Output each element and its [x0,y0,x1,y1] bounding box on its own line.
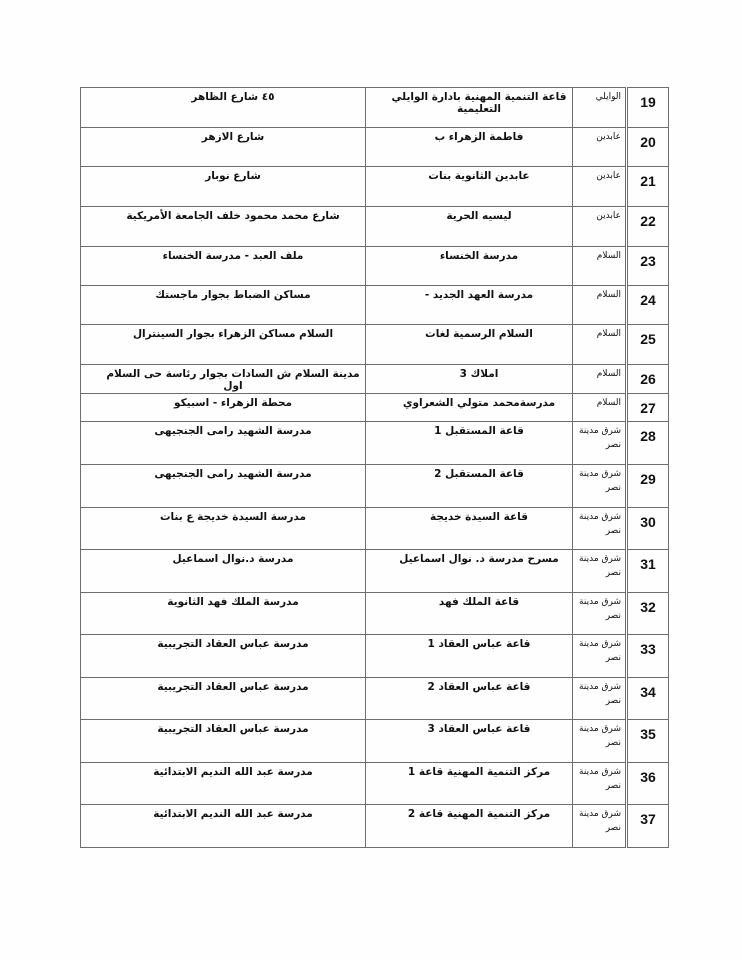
venue-text: مركز التنمية المهنية قاعة 2 [388,808,550,820]
venue-text: قاعة المستقبل 2 [414,468,524,480]
district-cell: شرق مدينة نصر [573,763,627,805]
table-row: 25 السلام السلام الرسمية لغات السلام مسا… [81,325,669,365]
address-cell: مدرسة عبد الله النديم الابتدائية [81,763,366,805]
address-cell: شارع نوبار [81,167,366,207]
row-number-cell: 31 [627,550,669,593]
address-cell: مدرسة عباس العقاد التجريبية [81,720,366,763]
district-cell: شرق مدينة نصر [573,720,627,763]
address-cell: شارع محمد محمود خلف الجامعة الأمريكية [81,207,366,247]
venue-cell: قاعة التنمية المهنية بادارة الوايلي التع… [366,88,573,128]
address-text: مدرسة الشهيد رامى الجنجيهى [134,468,311,480]
table-row: 30 شرق مدينة نصر قاعة السيدة خديجة مدرسة… [81,508,669,550]
address-cell: السلام مساكن الزهراء بجوار السينترال [81,325,366,365]
table-row: 27 السلام مدرسةمحمد متولي الشعراوي محطة … [81,394,669,422]
address-cell: مدرسة عبد الله النديم الابتدائية [81,805,366,848]
venue-text: مدرسة الخنساء [420,250,518,262]
venue-cell: مركز التنمية المهنية قاعة 1 [366,763,573,805]
venue-cell: مدرسة الخنساء [366,247,573,286]
address-text: مدرسة عباس العقاد التجريبية [137,638,308,650]
district-cell: شرق مدينة نصر [573,465,627,508]
venue-text: املاك 3 [440,368,499,380]
district-cell: شرق مدينة نصر [573,550,627,593]
venues-table: 19 الوايلي قاعة التنمية المهنية بادارة ا… [80,87,669,848]
district-cell: السلام [573,286,627,325]
address-text: محطة الزهراء - اسبيكو [154,397,292,409]
venue-cell: قاعة عباس العقاد 3 [366,720,573,763]
address-cell: مدرسة د.نوال اسماعيل [81,550,366,593]
address-text: مساكن الضباط بجوار ماجستك [135,289,310,301]
district-cell: السلام [573,394,627,422]
venue-text: عابدين الثانوية بنات [408,170,529,182]
table-row: 31 شرق مدينة نصر مسرح مدرسة د. نوال اسما… [81,550,669,593]
venue-cell: مدرسةمحمد متولي الشعراوي [366,394,573,422]
row-number-cell: 33 [627,635,669,678]
row-number-cell: 24 [627,286,669,325]
address-text: شارع محمد محمود خلف الجامعة الأمريكية [106,210,339,222]
district-cell: السلام [573,325,627,365]
row-number-cell: 36 [627,763,669,805]
table-row: 26 السلام املاك 3 مدينة السلام ش السادات… [81,365,669,394]
row-number-cell: 34 [627,678,669,720]
venue-cell: قاعة المستقبل 1 [366,422,573,465]
venue-cell: فاطمة الزهراء ب [366,128,573,167]
address-text: مدرسة عباس العقاد التجريبية [137,723,308,735]
venue-cell: مركز التنمية المهنية قاعة 2 [366,805,573,848]
table-row: 37 شرق مدينة نصر مركز التنمية المهنية قا… [81,805,669,848]
district-cell: السلام [573,365,627,394]
venue-text: مدرسة العهد الجديد - [405,289,533,301]
district-cell: السلام [573,247,627,286]
venue-text: قاعة السيدة خديجة [410,511,528,523]
row-number-cell: 26 [627,365,669,394]
address-text: مدرسة عبد الله النديم الابتدائية [133,808,313,820]
venue-text: قاعة عباس العقاد 3 [408,723,531,735]
row-number-cell: 37 [627,805,669,848]
address-text: مدينة السلام ش السادات بجوار رئاسة حى ال… [81,368,365,392]
address-cell: شارع الازهر [81,128,366,167]
district-cell: عابدين [573,167,627,207]
venue-cell: مسرح مدرسة د. نوال اسماعيل [366,550,573,593]
row-number-cell: 23 [627,247,669,286]
table-row: 33 شرق مدينة نصر قاعة عباس العقاد 1 مدرس… [81,635,669,678]
address-cell: محطة الزهراء - اسبيكو [81,394,366,422]
row-number-cell: 32 [627,593,669,635]
venue-cell: قاعة المستقبل 2 [366,465,573,508]
venue-text: فاطمة الزهراء ب [415,131,524,143]
address-text: مدرسة عبد الله النديم الابتدائية [133,766,313,778]
venue-cell: عابدين الثانوية بنات [366,167,573,207]
row-number-cell: 35 [627,720,669,763]
table-row: 32 شرق مدينة نصر قاعة الملك فهد مدرسة ال… [81,593,669,635]
venue-cell: قاعة الملك فهد [366,593,573,635]
venue-cell: السلام الرسمية لغات [366,325,573,365]
venue-text: مدرسةمحمد متولي الشعراوي [383,397,555,409]
venue-text: قاعة التنمية المهنية بادارة الوايلي التع… [366,91,572,115]
table-row: 28 شرق مدينة نصر قاعة المستقبل 1 مدرسة ا… [81,422,669,465]
venue-cell: املاك 3 [366,365,573,394]
row-number-cell: 22 [627,207,669,247]
address-text: شارع نوبار [185,170,261,182]
table-row: 24 السلام مدرسة العهد الجديد - مساكن الض… [81,286,669,325]
row-number-cell: 25 [627,325,669,365]
table-row: 23 السلام مدرسة الخنساء ملف العبد - مدرس… [81,247,669,286]
row-number-cell: 21 [627,167,669,207]
address-cell: مدرسة الشهيد رامى الجنجيهى [81,465,366,508]
address-cell: مدينة السلام ش السادات بجوار رئاسة حى ال… [81,365,366,394]
venue-cell: قاعة السيدة خديجة [366,508,573,550]
district-cell: شرق مدينة نصر [573,635,627,678]
address-text: ٤٥ شارع الظاهر [171,91,274,103]
row-number-cell: 27 [627,394,669,422]
district-cell: شرق مدينة نصر [573,805,627,848]
address-text: مدرسة السيدة خديجة ع بنات [140,511,306,523]
row-number-cell: 19 [627,88,669,128]
venue-text: مركز التنمية المهنية قاعة 1 [388,766,550,778]
table-row: 19 الوايلي قاعة التنمية المهنية بادارة ا… [81,88,669,128]
address-text: مدرسة الشهيد رامى الجنجيهى [134,425,311,437]
venue-text: قاعة عباس العقاد 1 [408,638,531,650]
row-number-cell: 28 [627,422,669,465]
venue-cell: ليسيه الحرية [366,207,573,247]
address-text: مدرسة الملك فهد الثانوية [147,596,298,608]
address-cell: مدرسة الشهيد رامى الجنجيهى [81,422,366,465]
address-cell: مدرسة السيدة خديجة ع بنات [81,508,366,550]
table-row: 34 شرق مدينة نصر قاعة عباس العقاد 2 مدرس… [81,678,669,720]
venue-text: قاعة الملك فهد [419,596,519,608]
district-cell: عابدين [573,207,627,247]
row-number-cell: 29 [627,465,669,508]
district-cell: شرق مدينة نصر [573,508,627,550]
venue-text: قاعة المستقبل 1 [414,425,524,437]
address-cell: مدرسة الملك فهد الثانوية [81,593,366,635]
address-text: مدرسة عباس العقاد التجريبية [137,681,308,693]
table-row: 21 عابدين عابدين الثانوية بنات شارع نوبا… [81,167,669,207]
row-number-cell: 20 [627,128,669,167]
venue-text: ليسيه الحرية [426,210,511,222]
table-row: 29 شرق مدينة نصر قاعة المستقبل 2 مدرسة ا… [81,465,669,508]
address-text: شارع الازهر [182,131,264,143]
table-row: 36 شرق مدينة نصر مركز التنمية المهنية قا… [81,763,669,805]
district-cell: شرق مدينة نصر [573,422,627,465]
venue-cell: قاعة عباس العقاد 1 [366,635,573,678]
venues-table-body: 19 الوايلي قاعة التنمية المهنية بادارة ا… [81,88,669,848]
address-text: ملف العبد - مدرسة الخنساء [143,250,304,262]
address-cell: مدرسة عباس العقاد التجريبية [81,635,366,678]
venue-cell: مدرسة العهد الجديد - [366,286,573,325]
venue-text: مسرح مدرسة د. نوال اسماعيل [379,553,559,565]
venue-cell: قاعة عباس العقاد 2 [366,678,573,720]
table-row: 35 شرق مدينة نصر قاعة عباس العقاد 3 مدرس… [81,720,669,763]
district-cell: شرق مدينة نصر [573,678,627,720]
venue-text: قاعة عباس العقاد 2 [408,681,531,693]
row-number-cell: 30 [627,508,669,550]
table-row: 20 عابدين فاطمة الزهراء ب شارع الازهر [81,128,669,167]
address-cell: ملف العبد - مدرسة الخنساء [81,247,366,286]
document-page: 19 الوايلي قاعة التنمية المهنية بادارة ا… [0,0,742,960]
address-cell: مساكن الضباط بجوار ماجستك [81,286,366,325]
table-row: 22 عابدين ليسيه الحرية شارع محمد محمود خ… [81,207,669,247]
address-cell: ٤٥ شارع الظاهر [81,88,366,128]
district-cell: الوايلي [573,88,627,128]
venue-text: السلام الرسمية لغات [405,328,533,340]
district-cell: شرق مدينة نصر [573,593,627,635]
address-text: السلام مساكن الزهراء بجوار السينترال [113,328,333,340]
address-text: مدرسة د.نوال اسماعيل [153,553,294,565]
address-cell: مدرسة عباس العقاد التجريبية [81,678,366,720]
district-cell: عابدين [573,128,627,167]
